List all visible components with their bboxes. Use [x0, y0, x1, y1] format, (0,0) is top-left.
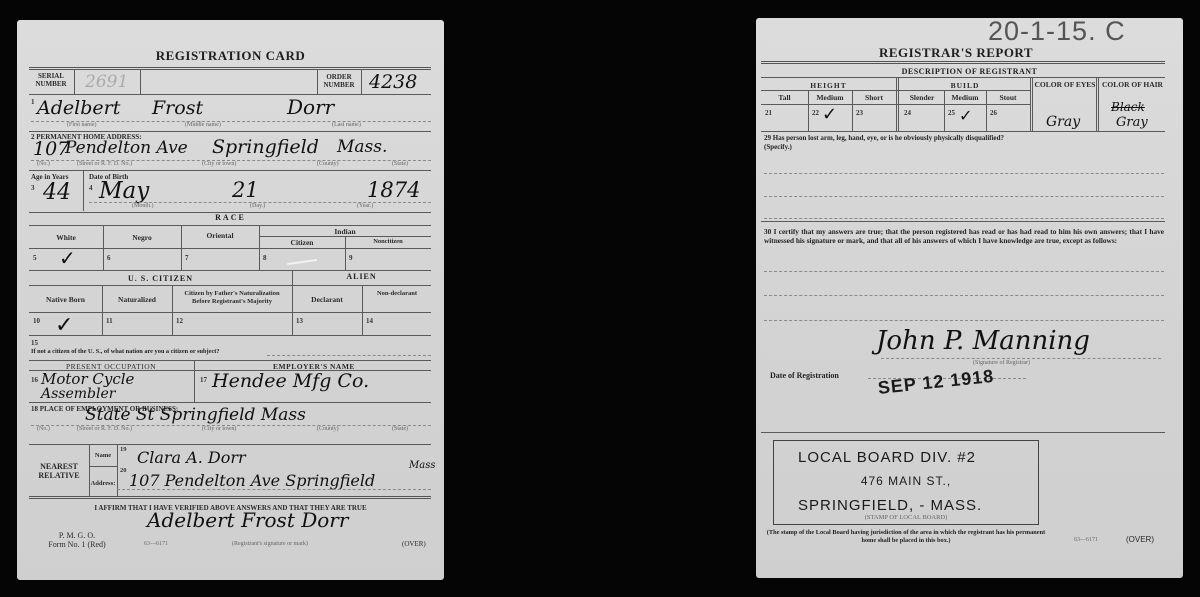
rule [29, 402, 431, 403]
field-number: 25 [948, 109, 955, 117]
caption: (County) [317, 426, 339, 432]
print-code: 63—6171 [1074, 537, 1098, 543]
serial-number-label: SERIAL NUMBER [31, 72, 71, 88]
registrant-signature: Adelbert Frost Dorr [147, 508, 348, 532]
relative-address-value: 107 Pendelton Ave Springfield [129, 471, 375, 490]
specify-label: (Specify.) [764, 143, 792, 152]
local-board-line1: LOCAL BOARD DIV. #2 [798, 449, 976, 466]
caption: (Middle name) [185, 122, 221, 128]
divider [83, 171, 84, 211]
caption: (Month.) [132, 203, 154, 209]
divider [361, 70, 362, 94]
print-code: 63—6171 [144, 541, 168, 547]
home-address-street: Pendelton Ave [65, 138, 188, 158]
field-number: 22 [812, 109, 819, 117]
height-heading: HEIGHT [761, 81, 896, 90]
answer-line [764, 173, 1164, 174]
signature-line [881, 358, 1161, 359]
divider [102, 285, 103, 335]
relative-name-label: Name [89, 452, 117, 459]
divider [74, 70, 75, 94]
height-col-tall: Tall [761, 93, 808, 102]
rule [267, 355, 431, 356]
field-number: 26 [990, 109, 997, 117]
height-col-short: Short [852, 93, 896, 102]
disability-question: 29 Has person lost arm, leg, hand, eye, … [764, 134, 1168, 143]
build-col-stout: Stout [986, 93, 1030, 102]
card-title: REGISTRATION CARD [17, 48, 444, 64]
relative-name-value: Clara A. Dorr [137, 448, 246, 467]
race-white-checkmark: ✓ [59, 246, 76, 270]
caption: (First name) [67, 122, 97, 128]
rule [29, 270, 431, 271]
answer-line [764, 218, 1164, 219]
rule [29, 360, 431, 361]
rule [29, 131, 431, 132]
nationality-question: If not a citizen of the U. S., of what n… [31, 347, 219, 356]
middle-name-value: Frost [152, 97, 203, 119]
rule [29, 248, 431, 249]
local-board-line2: 476 MAIN ST., [774, 474, 1038, 488]
caption: (City or town) [202, 426, 236, 432]
divider [317, 70, 318, 94]
nearest-relative-label: NEAREST RELATIVE [29, 462, 89, 480]
local-board-caption: (STAMP OF LOCAL BOARD) [774, 514, 1038, 521]
rule [761, 90, 1030, 91]
citizen-col-by-father: Citizen by Father's Naturalization Befor… [177, 290, 287, 306]
dob-month-value: May [99, 178, 149, 204]
rule [761, 104, 1030, 105]
build-medium-checkmark: ✓ [959, 106, 972, 125]
citizen-col-native-born: Native Born [29, 295, 102, 304]
title-rule [761, 61, 1165, 64]
race-col-noncitizen: Noncitizen [345, 238, 431, 245]
dob-year-value: 1874 [367, 178, 420, 202]
field-number: 4 [89, 184, 93, 192]
serial-number-value: 2691 [85, 72, 128, 92]
rule [259, 236, 431, 237]
rule [761, 131, 1165, 132]
over-label: (OVER) [1126, 535, 1154, 544]
relative-state-value: Mass [409, 460, 435, 471]
dob-day-value: 21 [232, 178, 259, 202]
employer-value: Hendee Mfg Co. [212, 370, 369, 392]
rule [761, 221, 1165, 222]
alien-col-nondeclarant: Non-declarant [367, 290, 427, 298]
signature-caption: (Registrant's signature or mark) [232, 541, 308, 547]
answer-line [764, 320, 1164, 321]
field-number: 17 [200, 376, 207, 384]
race-col-indian: Indian [259, 227, 431, 236]
divider [172, 285, 173, 335]
stamp-footnote: (The stamp of the Local Board having jur… [766, 529, 1046, 545]
caption: (Street or R. F. D. No.) [77, 161, 132, 167]
over-label: (OVER) [402, 540, 426, 548]
caption: (Street or R. F. D. No.) [77, 426, 132, 432]
answer-line [764, 295, 1164, 296]
rule [29, 312, 431, 313]
height-col-medium: Medium [808, 93, 852, 102]
home-address-city: Springfield [212, 136, 319, 158]
registrar-signature: John P. Manning [876, 326, 1090, 356]
form-number-label: Form No. 1 (Red) [27, 540, 127, 549]
field-number: 5 [33, 254, 37, 262]
field-number: 11 [106, 317, 113, 325]
age-value: 44 [43, 180, 71, 205]
place-of-employment-value: State St Springfield Mass [85, 405, 306, 425]
caption: (Last name) [332, 122, 361, 128]
rule [761, 432, 1165, 433]
divider [1096, 77, 1099, 131]
local-board-line3: SPRINGFIELD, - MASS. [798, 497, 982, 514]
rule [29, 225, 431, 226]
field-number: 10 [33, 317, 40, 325]
caption: (State) [392, 426, 408, 432]
hair-color-struck: Black [1111, 100, 1145, 114]
field-number: 15 [31, 339, 38, 347]
registrar-caption: (Signature of Registrar) [973, 360, 1030, 366]
us-citizen-heading: U. S. CITIZEN [29, 274, 292, 283]
divider [1030, 77, 1033, 131]
rule [29, 94, 431, 95]
field-number: 14 [366, 317, 373, 325]
alien-heading: ALIEN [292, 272, 431, 281]
build-col-medium: Medium [944, 93, 986, 102]
hair-color-value: Gray [1116, 115, 1148, 130]
race-heading: RACE [17, 213, 444, 222]
field-number: 6 [107, 254, 111, 262]
build-heading: BUILD [900, 81, 1030, 90]
pmgo-label: P. M. G. O. [27, 531, 127, 540]
field-number: 20 [120, 467, 127, 474]
occupation-line2: Assembler [41, 386, 115, 402]
alien-col-declarant: Declarant [292, 295, 362, 304]
field-number: 7 [185, 254, 189, 262]
certification-text: 30 I certify that my answers are true; t… [764, 227, 1164, 245]
home-address-number: 107 [33, 138, 69, 160]
last-name-value: Dorr [287, 95, 334, 119]
first-name-value: Adelbert [37, 97, 120, 119]
file-stamp: 20-1-15. C [988, 16, 1126, 47]
white-mark [287, 259, 317, 265]
answer-line [764, 271, 1164, 272]
citizen-col-naturalized: Naturalized [102, 295, 172, 304]
field-number: 16 [31, 376, 38, 384]
caption: (No.) [37, 426, 50, 432]
hair-heading: COLOR OF HAIR [1100, 81, 1165, 89]
rule [29, 496, 431, 499]
race-col-negro: Negro [103, 233, 181, 242]
field-number: 24 [904, 109, 911, 117]
field-number: 23 [856, 109, 863, 117]
order-number-value: 4238 [369, 71, 417, 93]
date-stamp: SEP 12 1918 [877, 366, 995, 399]
answer-line [764, 196, 1164, 197]
race-col-oriental: Oriental [181, 231, 259, 240]
registration-card-front: REGISTRATION CARD SERIAL NUMBER 2691 ORD… [17, 20, 444, 580]
rule [29, 170, 431, 171]
description-heading: DESCRIPTION OF REGISTRANT [756, 67, 1183, 76]
height-medium-checkmark: ✓ [822, 104, 837, 125]
rule [761, 77, 1165, 78]
race-col-citizen: Citizen [259, 238, 345, 247]
field-number: 12 [176, 317, 183, 325]
rule [29, 285, 431, 286]
eyes-heading: COLOR OF EYES [1034, 81, 1096, 89]
field-number: 13 [296, 317, 303, 325]
caption: (Day.) [250, 203, 265, 209]
field-number: 3 [31, 184, 35, 192]
caption: (County) [317, 161, 339, 167]
field-number: 21 [765, 109, 772, 117]
rule [29, 335, 431, 336]
date-of-registration-label: Date of Registration [770, 371, 839, 380]
field-number: 9 [349, 254, 353, 262]
rule [89, 466, 117, 467]
field-number: 8 [263, 254, 267, 262]
registrars-report-back: 20-1-15. C REGISTRAR'S REPORT DESCRIPTIO… [756, 18, 1183, 578]
caption: (Year.) [357, 203, 373, 209]
order-number-label: ORDER NUMBER [319, 73, 359, 89]
divider [362, 285, 363, 335]
divider [194, 360, 195, 402]
title-rule [29, 67, 431, 70]
build-col-slender: Slender [900, 93, 944, 102]
relative-address-label: Address: [89, 480, 117, 487]
field-number: 19 [120, 446, 127, 453]
caption: (State) [392, 161, 408, 167]
caption: (City or town) [202, 161, 236, 167]
rule [117, 489, 431, 490]
race-col-white: White [29, 233, 103, 242]
field-number: 1 [31, 98, 35, 106]
caption: (No.) [37, 161, 50, 167]
report-title: REGISTRAR'S REPORT [856, 45, 1056, 61]
eye-color-value: Gray [1046, 114, 1080, 130]
local-board-stamp-box: LOCAL BOARD DIV. #2 476 MAIN ST., SPRING… [773, 440, 1039, 525]
divider [140, 70, 141, 94]
home-address-state: Mass. [337, 137, 387, 157]
